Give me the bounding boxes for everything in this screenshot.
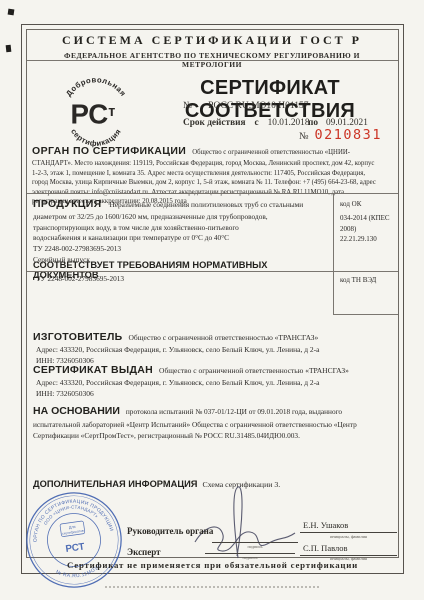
expert-name: С.П. Павлов (303, 543, 397, 553)
footer-restriction-note: Сертификат не применяется при обязательн… (27, 560, 398, 570)
product-tu-number: ТУ 2248-002-27983695-2013 (33, 244, 329, 255)
certificate-title: СЕРТИФИКАТ СООТВЕТСТВИЯ (138, 77, 402, 123)
tnved-box-bottom (333, 314, 398, 315)
conformity-divider (27, 271, 398, 272)
rst-voluntary-certification-logo: Добровольная сертификация РСт (55, 70, 137, 152)
number-sign: № (183, 101, 192, 111)
manufacturer-name: Общество с ограниченной ответственностью… (129, 333, 319, 342)
validity-from-label: с (255, 118, 259, 128)
section-label: ИЗГОТОВИТЕЛЬ (33, 331, 123, 343)
conformity-document: ТУ 2248-002-27983695-2013 (36, 274, 124, 283)
head-signature-line (212, 542, 298, 543)
holder-inn: ИНН: 7326050306 (33, 389, 375, 400)
svg-text:Добровольная: Добровольная (64, 75, 128, 98)
expert-signature-line (205, 553, 295, 554)
stamp-monogram: РСТ (65, 541, 85, 555)
manufacturer-address: Адрес: 433320, Российская Федерация, г. … (33, 345, 375, 356)
certification-system-title: СИСТЕМА СЕРТИФИКАЦИИ ГОСТ Р (40, 33, 384, 48)
blank-form-number: № 0210831 (299, 127, 382, 143)
certification-body-stamp: ОРГАН ПО СЕРТИФИКАЦИИ ПРОДУКЦИИ ООО «ЦНИ… (13, 479, 135, 600)
section-label: СЕРТИФИКАТ ВЫДАН (33, 364, 153, 376)
stamp-inner-label-line2: сертификатов (62, 529, 84, 536)
section-label: ПРОДУКЦИЯ (33, 198, 101, 210)
scan-artifact (6, 45, 12, 52)
blank-number-digits: 0210831 (315, 127, 382, 143)
head-name-line (300, 532, 397, 533)
head-of-body-label: Руководитель органа (127, 526, 213, 536)
section-label: НА ОСНОВАНИИ (33, 405, 120, 417)
code-ok-value: 034-2014 (КПЕС 2008) 22.21.29.130 (340, 213, 398, 245)
holder-name: Общество с ограниченной ответственностью… (159, 366, 349, 375)
logo-arc-top-text: Добровольная (64, 75, 128, 98)
section-manufacturer: ИЗГОТОВИТЕЛЬОбщество с ограниченной отве… (33, 330, 375, 367)
product-top-divider (27, 193, 398, 194)
registration-number: РОСС RU.MO10.H01157 (208, 101, 308, 111)
number-sign: № (299, 131, 309, 142)
certificate-scan: СИСТЕМА СЕРТИФИКАЦИИ ГОСТ Р ФЕДЕРАЛЬНОЕ … (0, 0, 424, 600)
validity-label: Срок действия (183, 118, 246, 128)
head-signature-caption: подпись (212, 544, 298, 549)
head-name-caption: инициалы, фамилия (300, 534, 397, 539)
section-product: ПРОДУКЦИЯНеразъемные соединения полиэтил… (33, 197, 329, 265)
registration-number-row: № РОСС RU.MO10.H01157 (183, 101, 309, 111)
head-name: Е.Н. Ушаков (303, 520, 397, 530)
printer-microtext (105, 586, 320, 588)
section-label: ОРГАН ПО СЕРТИФИКАЦИИ (32, 145, 186, 157)
expert-label: Эксперт (127, 547, 161, 557)
codes-column-divider (333, 193, 334, 314)
holder-address: Адрес: 433320, Российская Федерация, г. … (33, 378, 375, 389)
section-basis: НА ОСНОВАНИИпротокола испытаний № 037-01… (33, 404, 381, 442)
scan-artifact (8, 9, 15, 16)
code-ok-label: код ОК (340, 200, 361, 208)
logo-monogram: РСт (71, 98, 116, 129)
section-holder: СЕРТИФИКАТ ВЫДАНОбщество с ограниченной … (33, 363, 375, 400)
header-divider (27, 60, 398, 61)
code-tnved-label: код ТН ВЭД (340, 276, 376, 284)
document-header: СИСТЕМА СЕРТИФИКАЦИИ ГОСТ Р ФЕДЕРАЛЬНОЕ … (40, 33, 384, 69)
